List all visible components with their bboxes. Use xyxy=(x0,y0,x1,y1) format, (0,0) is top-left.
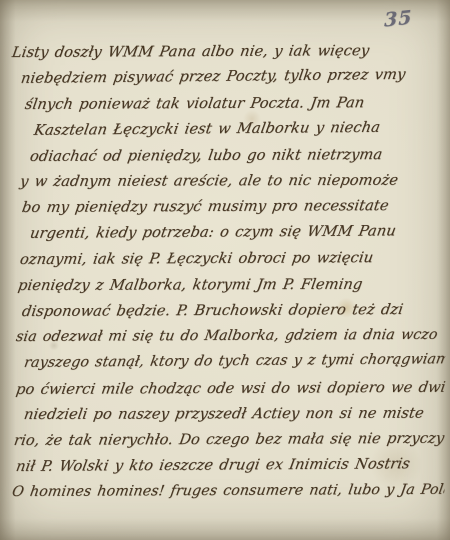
manuscript-line: rayszego stanął, ktory do tych czas y z … xyxy=(10,347,447,377)
manuscript-line: oznaymi, iak się P. Łęczycki obroci po w… xyxy=(10,245,446,273)
manuscript-line: pieniędzy z Malborka, ktorymi Jm P. Flem… xyxy=(10,272,446,299)
manuscript-line: sia odezwał mi się tu do Malborka, gdzie… xyxy=(10,323,446,351)
folio-number: 35 xyxy=(384,6,412,31)
manuscript-line: ślnych ponieważ tak violatur Poczta. Jm … xyxy=(10,90,446,118)
manuscript-line: O homines homines! fruges consumere nati… xyxy=(10,478,446,506)
manuscript-line: urgenti, kiedy potrzeba: o czym się WMM … xyxy=(10,218,447,247)
manuscript-line: niebędziem pisywać przez Poczty, tylko p… xyxy=(10,61,447,91)
manuscript-line: odiachać od pieniędzy, lubo go nikt niet… xyxy=(10,141,446,169)
manuscript-text-block: Listy doszły WMM Pana albo nie, y iak wi… xyxy=(12,40,444,506)
manuscript-line: disponować będzie. P. Bruchowski dopiero… xyxy=(10,297,446,325)
manuscript-line: nił P. Wolski y kto ieszcze drugi ex Ini… xyxy=(10,451,447,480)
manuscript-line: y w żadnym nieiest areście, ale to nic n… xyxy=(10,168,446,195)
manuscript-line: niedzieli po naszey przyszedł Actiey non… xyxy=(10,401,446,428)
manuscript-line: Kasztelan Łęczycki iest w Malborku y nie… xyxy=(10,114,447,144)
manuscript-line: rio, że tak nierychło. Do czego bez mała… xyxy=(10,426,446,454)
manuscript-page: 35 Listy doszły WMM Pana albo nie, y iak… xyxy=(0,0,450,540)
manuscript-line: po ćwierci mile chodząc ode wsi do wsi d… xyxy=(10,374,446,402)
manuscript-line: bo my pieniędzy ruszyć musimy pro necess… xyxy=(10,193,446,221)
